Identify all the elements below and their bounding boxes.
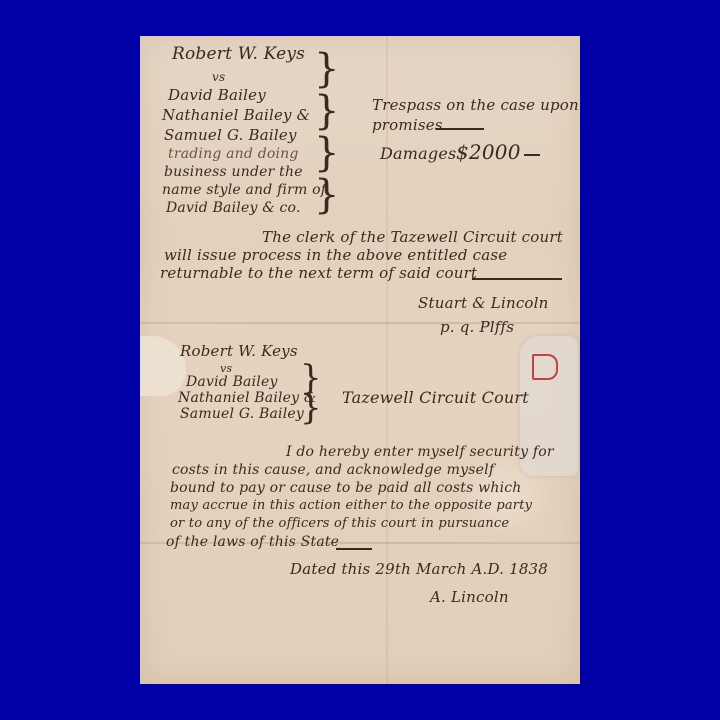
bond-line: of the laws of this State <box>166 534 339 550</box>
damages-amount: $2000 <box>456 140 521 164</box>
flourish-line <box>524 154 540 156</box>
action-line: Trespass on the case upon <box>372 96 579 114</box>
bond-line: or to any of the officers of this court … <box>170 516 509 531</box>
brace-scroll: } <box>314 46 339 92</box>
praecipe-line: The clerk of the Tazewell Circuit court <box>262 228 563 246</box>
versus: vs <box>212 70 225 84</box>
bond-line: costs in this cause, and acknowledge mys… <box>172 462 494 478</box>
description-line: name style and firm of <box>162 182 326 198</box>
firm-signature: Stuart & Lincoln <box>418 294 549 312</box>
action-line: promises <box>372 116 443 134</box>
red-seal-mark <box>532 354 558 380</box>
description-line: trading and doing <box>168 146 299 162</box>
bond-line: bound to pay or cause to be paid all cos… <box>170 480 522 496</box>
brace-scroll: } <box>300 388 322 428</box>
description-line: business under the <box>164 164 303 180</box>
flourish-line <box>336 548 372 550</box>
defendant-name: Nathaniel Bailey & <box>178 390 317 406</box>
flourish-line <box>436 128 484 130</box>
description-line: David Bailey & co. <box>166 200 301 216</box>
court-name: Tazewell Circuit Court <box>342 388 529 407</box>
plaintiff-name: Robert W. Keys <box>172 44 305 64</box>
damages-label: Damages <box>380 144 456 163</box>
date-line: Dated this 29th March A.D. 1838 <box>290 560 548 578</box>
bond-line: I do hereby enter myself security for <box>286 444 554 460</box>
brace-scroll: } <box>314 130 339 176</box>
defendant-name: Nathaniel Bailey & <box>162 106 310 124</box>
flourish-line <box>472 278 562 280</box>
plaintiff-name: Robert W. Keys <box>180 342 298 360</box>
bond-line: may accrue in this action either to the … <box>170 498 532 513</box>
defendant-name: Samuel G. Bailey <box>164 126 297 144</box>
defendant-name: David Bailey <box>186 374 278 390</box>
document-page: Robert W. Keys vs David Bailey Nathaniel… <box>140 36 580 684</box>
defendant-name: Samuel G. Bailey <box>180 406 304 422</box>
praecipe-line: returnable to the next term of said cour… <box>160 264 477 282</box>
praecipe-line: will issue process in the above entitled… <box>164 246 507 264</box>
brace-scroll: } <box>314 88 339 134</box>
brace-scroll: } <box>314 172 339 218</box>
attorney-role: p. q. Plffs <box>440 318 514 336</box>
defendant-name: David Bailey <box>168 86 266 104</box>
lincoln-signature: A. Lincoln <box>430 588 509 606</box>
